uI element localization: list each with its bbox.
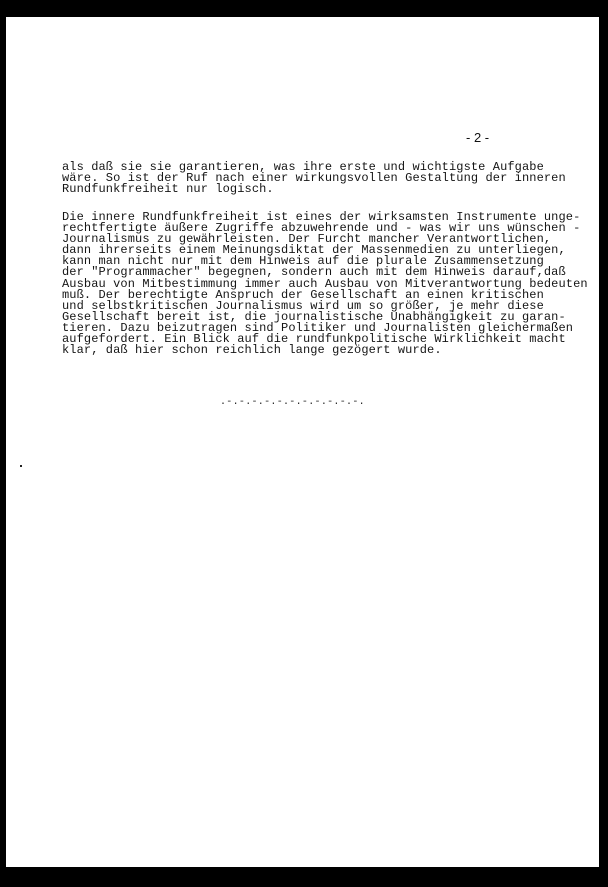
- scan-speck: [20, 465, 22, 467]
- paragraph-1: als daß sie sie garantieren, was ihre er…: [62, 162, 566, 195]
- section-separator: .-.-.-.-.-.-.-.-.-.-.-.: [220, 397, 365, 408]
- document-page: [6, 17, 599, 867]
- text-line: klar, daß hier schon reichlich lange gez…: [62, 343, 442, 357]
- text-line: Rundfunkfreiheit nur logisch.: [62, 182, 274, 196]
- paragraph-2: Die innere Rundfunkfreiheit ist eines de…: [62, 212, 588, 356]
- page-number: - 2 -: [466, 130, 489, 145]
